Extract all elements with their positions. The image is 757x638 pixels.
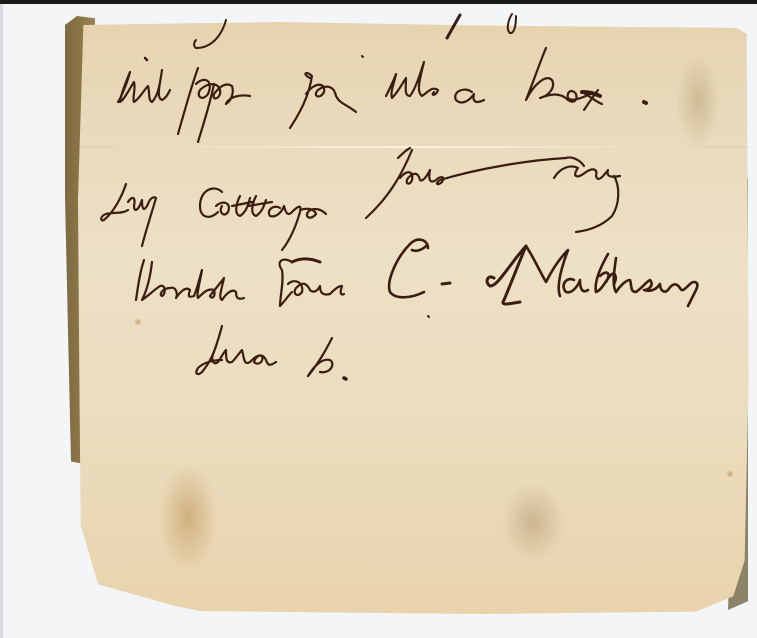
handwriting-address-line-1: [101, 184, 326, 250]
cutoff-descenders: [194, 14, 516, 48]
handwriting-date: [196, 326, 346, 379]
handwriting-closing: [366, 148, 620, 232]
handwriting-ink: [0, 0, 757, 638]
handwriting-signature: [389, 240, 697, 306]
handwriting-address-line-2: [136, 259, 344, 306]
handwriting-line-1: [118, 48, 646, 142]
